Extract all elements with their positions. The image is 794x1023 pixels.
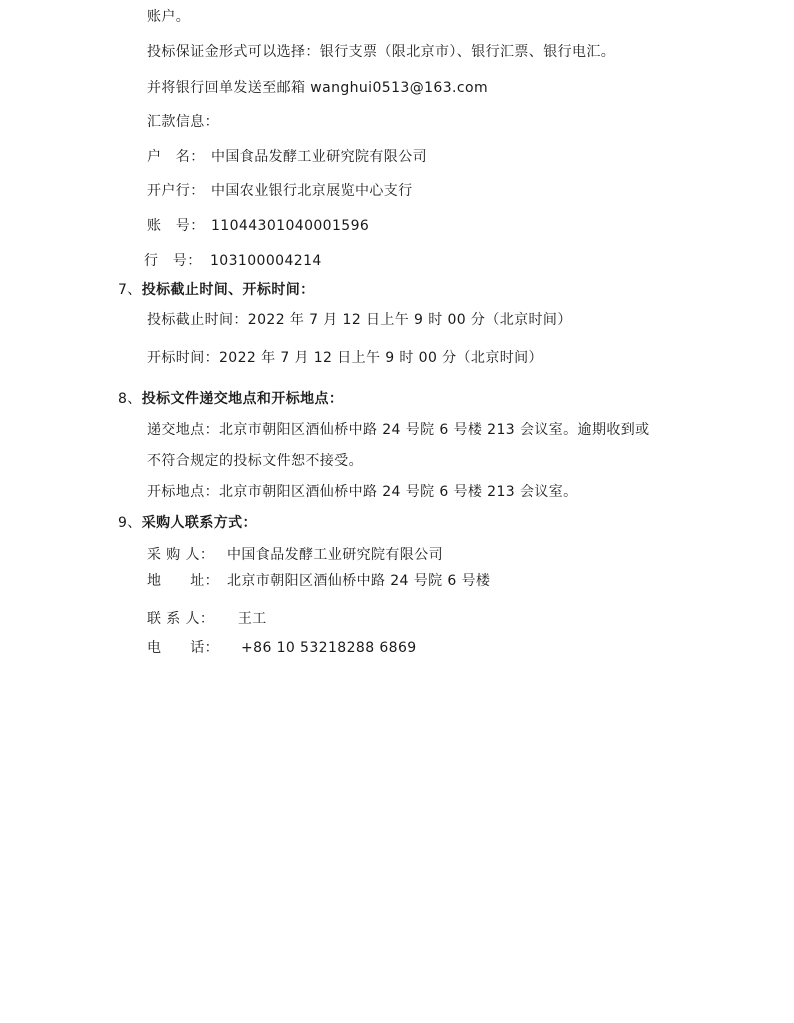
submission-location-line-cont: 不符合规定的投标文件恕不接受。 <box>147 452 363 470</box>
section-8-heading: 8、投标文件递交地点和开标地点： <box>118 390 343 408</box>
remittance-bank-code: 行 号：103100004214 <box>144 252 322 270</box>
intro-line-remittance-info: 汇款信息： <box>147 113 219 131</box>
section-7-title: 投标截止时间、开标时间： <box>142 282 315 298</box>
phone-label: 电 话： <box>147 639 241 657</box>
remittance-account-number: 账 号：11044301040001596 <box>147 217 369 235</box>
bank-value: 中国农业银行北京展览中心支行 <box>211 183 413 199</box>
section-9-number: 9、 <box>118 515 142 531</box>
account-name-label: 户 名： <box>147 148 211 166</box>
bank-code-value: 103100004214 <box>210 253 322 269</box>
bid-opening-time-line: 开标时间：2022 年 7 月 12 日上午 9 时 00 分（北京时间） <box>147 349 543 367</box>
purchaser-value: 中国食品发酵工业研究院有限公司 <box>227 547 443 563</box>
phone-value: +86 10 53218288 6869 <box>241 640 417 656</box>
contact-purchaser: 采 购 人：中国食品发酵工业研究院有限公司 <box>147 546 443 564</box>
intro-line-email: 并将银行回单发送至邮箱 wanghui0513@163.com <box>147 79 488 97</box>
bid-deadline-line: 投标截止时间：2022 年 7 月 12 日上午 9 时 00 分（北京时间） <box>147 311 572 329</box>
remittance-account-name: 户 名：中国食品发酵工业研究院有限公司 <box>147 148 427 166</box>
section-9-heading: 9、采购人联系方式： <box>118 514 257 532</box>
section-7-number: 7、 <box>118 282 142 298</box>
account-number-value: 11044301040001596 <box>211 218 369 234</box>
section-9-title: 采购人联系方式： <box>142 515 257 531</box>
account-name-value: 中国食品发酵工业研究院有限公司 <box>211 149 427 165</box>
remittance-bank: 开户行：中国农业银行北京展览中心支行 <box>147 182 413 200</box>
contact-person: 联 系 人： 王工 <box>147 610 267 628</box>
address-label: 地 址： <box>147 572 227 590</box>
contact-phone: 电 话：+86 10 53218288 6869 <box>147 639 417 657</box>
account-number-label: 账 号： <box>147 217 211 235</box>
intro-line-account-end: 账户。 <box>147 8 190 26</box>
section-7-heading: 7、投标截止时间、开标时间： <box>118 281 315 299</box>
contact-person-value: 王工 <box>233 611 267 627</box>
contact-address: 地 址：北京市朝阳区酒仙桥中路 24 号院 6 号楼 <box>147 572 490 590</box>
purchaser-label: 采 购 人： <box>147 546 227 564</box>
bank-code-label: 行 号： <box>144 252 210 270</box>
opening-location-line: 开标地点：北京市朝阳区酒仙桥中路 24 号院 6 号楼 213 会议室。 <box>147 483 578 501</box>
section-8-title: 投标文件递交地点和开标地点： <box>142 391 344 407</box>
submission-location-line: 递交地点：北京市朝阳区酒仙桥中路 24 号院 6 号楼 213 会议室。逾期收到… <box>147 421 650 439</box>
contact-person-label: 联 系 人： <box>147 610 233 628</box>
section-8-number: 8、 <box>118 391 142 407</box>
address-value: 北京市朝阳区酒仙桥中路 24 号院 6 号楼 <box>227 573 490 589</box>
bank-label: 开户行： <box>147 182 211 200</box>
intro-line-deposit-forms: 投标保证金形式可以选择：银行支票（限北京市）、银行汇票、银行电汇。 <box>147 43 615 61</box>
